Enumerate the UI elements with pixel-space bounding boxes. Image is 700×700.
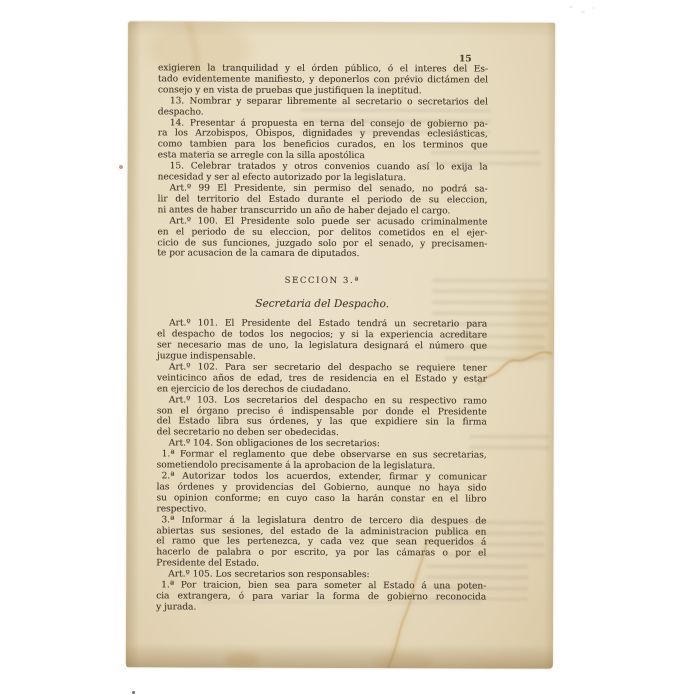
- text-line: 13. Nombrar y separar libremente al secr…: [158, 96, 488, 108]
- text-flow: exigieren la tranquilidad y el órden púb…: [156, 63, 488, 614]
- text-line: en el periodo de su eleccion, por delito…: [157, 227, 487, 239]
- section-heading: SECCION 3.ª: [157, 275, 487, 288]
- scan-speck: [563, 4, 597, 16]
- scan-speck: [119, 165, 123, 169]
- paragraph: 1.ª Formar el reglamento que debe observ…: [157, 450, 487, 473]
- text-line: te por acusacion de la camara de diputad…: [157, 249, 487, 261]
- text-line: Art.º 100. El Presidente solo puede ser …: [157, 216, 487, 228]
- paragraph: Art.º 101. El Presidente del Estado tend…: [157, 319, 487, 364]
- text-line: tado evidentemente manifiesto, y deponer…: [158, 74, 488, 86]
- scanned-book-page: 15 exigieren la tranquilidad y el órden …: [126, 21, 555, 668]
- paragraph: exigieren la tranquilidad y el órden púb…: [158, 63, 488, 97]
- text-line: 3.ª Informar á la legislatura dentro de …: [156, 515, 486, 527]
- page-number: 15: [459, 54, 472, 64]
- text-line: las órdenes y providencias del Gobierno,…: [156, 482, 486, 494]
- text-line: Art.º 103. Los secretarios del despacho …: [157, 395, 487, 407]
- text-line: veinticinco años de edad, tres de reside…: [157, 373, 487, 385]
- text-line: en ejercicio de los derechos de ciudadan…: [157, 384, 487, 396]
- photo-background: 15 exigieren la tranquilidad y el órden …: [0, 0, 700, 700]
- paragraph: Art.º 102. Para ser secretario del despa…: [157, 362, 487, 396]
- text-line: cia extrangera, ó para variar la forma d…: [156, 591, 486, 603]
- paragraph: Art.º 103. Los secretarios del despacho …: [157, 395, 487, 440]
- scan-speck: [132, 691, 135, 694]
- paragraph: 15. Celebrar tratados y otros convenios …: [158, 162, 488, 185]
- text-line: ni antes de haber transcurrido un año de…: [157, 205, 487, 217]
- paragraph: 2.ª Autorizar todos los acuerdos, extend…: [156, 471, 486, 516]
- text-line: lir del territorio del Estado durante el…: [157, 194, 487, 206]
- section-subheading: Secretaria del Despacho.: [157, 298, 487, 312]
- paragraph: 14. Presentar á propuesta en terna del c…: [158, 118, 488, 163]
- paragraph: Art.º 99 El Presidente, sin permiso del …: [157, 183, 487, 217]
- paragraph: 13. Nombrar y separar libremente al secr…: [158, 96, 488, 119]
- paragraph: 3.ª Informar á la legislatura dentro de …: [156, 515, 486, 571]
- text-line: respectivo.: [156, 504, 486, 516]
- text-line: consejo y en vista de pruebas que justif…: [158, 85, 488, 97]
- paragraph: Art.º 100. El Presidente solo puede ser …: [157, 216, 487, 261]
- text-line: y jurada.: [156, 602, 486, 614]
- paragraph: 1.ª Por traicion, bien sea para someter …: [156, 580, 486, 614]
- text-line: su opinion conforme; en cuyo caso la har…: [156, 493, 486, 505]
